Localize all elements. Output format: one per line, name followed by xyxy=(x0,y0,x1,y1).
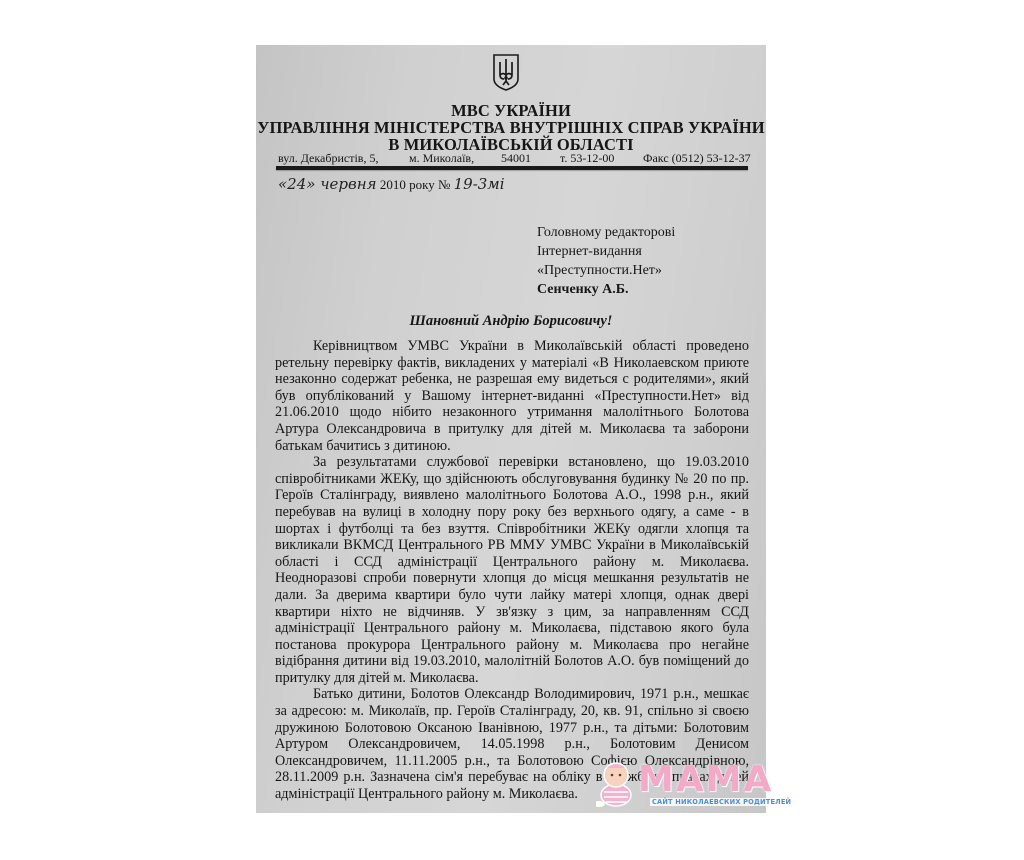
watermark-word: МАМА xyxy=(638,761,773,799)
address-fax: Факс (0512) 53-12-37 xyxy=(643,151,751,165)
address-phone: т. 53-12-00 xyxy=(560,151,614,165)
date-handwritten: «24» червня xyxy=(278,175,377,193)
salutation: Шановний Андрію Борисовичу! xyxy=(256,313,766,330)
watermark-subtitle: САЙТ НИКОЛАЕВСКИХ РОДИТЕЛЕЙ xyxy=(650,798,793,806)
letter-body: Керівництвом УМВС України в Миколаївські… xyxy=(275,338,749,803)
scanned-letter-page: МВС УКРАЇНИ УПРАВЛІННЯ МІНІСТЕРСТВА ВНУТ… xyxy=(256,45,766,813)
address-street: вул. Декабристів, 5, xyxy=(278,151,378,165)
letterhead-divider xyxy=(276,166,748,170)
addressee-name: Сенченку А.Б. xyxy=(537,280,675,299)
addressee-org-type: Інтернет-видання xyxy=(537,242,675,261)
date-and-number: «24» червня 2010 року № 19-3мі xyxy=(278,175,505,194)
addressee-block: Головному редакторові Інтернет-видання «… xyxy=(537,223,675,299)
reference-number-handwritten: 19-3мі xyxy=(454,175,505,193)
watermark-logo: МАМА САЙТ НИКОЛАЕВСКИХ РОДИТЕЛЕЙ xyxy=(596,757,766,813)
addressee-org-name: «Преступности.Нет» xyxy=(537,261,675,280)
addressee-title: Головному редакторові xyxy=(537,223,675,242)
baby-icon xyxy=(596,759,642,809)
paragraph: За результатами службової перевірки вста… xyxy=(275,454,749,686)
trident-emblem-icon xyxy=(492,53,520,91)
date-year: 2010 року № xyxy=(377,177,454,192)
address-postcode: 54001 xyxy=(501,151,531,165)
paragraph: Керівництвом УМВС України в Миколаївські… xyxy=(275,338,749,454)
address-city: м. Миколаїв, xyxy=(409,151,474,165)
